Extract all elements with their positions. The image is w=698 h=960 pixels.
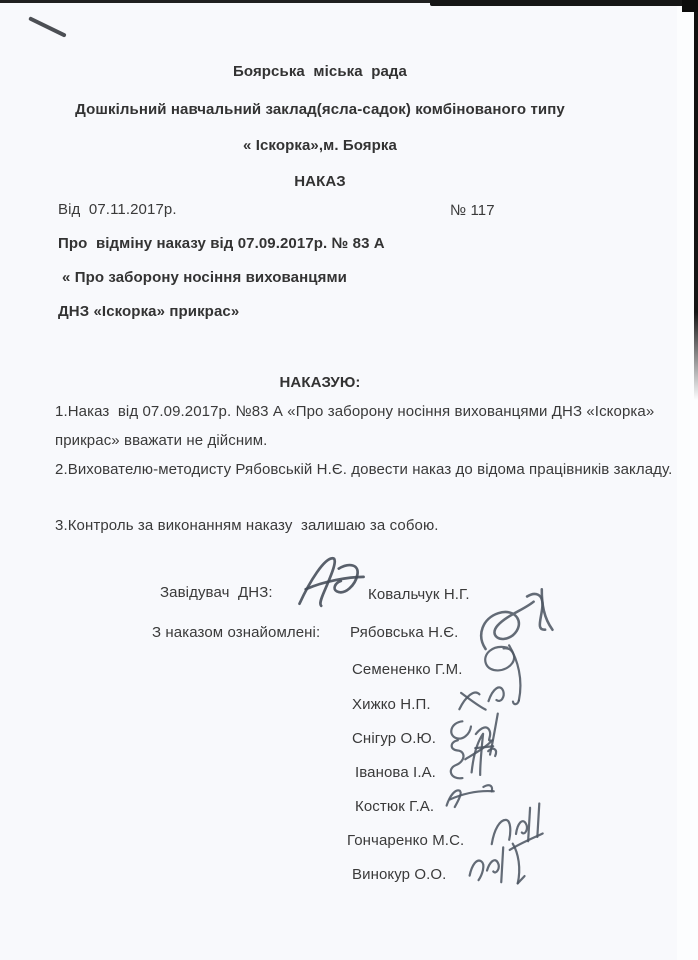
signer-name: Снігур О.Ю. (352, 724, 436, 753)
org-institution-name: « Іскорка»,м. Боярка (0, 131, 640, 160)
signer-name: Семененко Г.М. (352, 655, 463, 684)
head-name: Ковальчук Н.Г. (368, 580, 470, 609)
order-item-1: 1.Наказ від 07.09.2017р. №83 А «Про забо… (55, 397, 673, 455)
scanned-order-document: Боярська міська рада Дошкільний навчальн… (0, 0, 698, 960)
signer-name: Костюк Г.А. (355, 792, 434, 821)
signer-name: Хижко Н.П. (352, 690, 431, 719)
decree-heading: НАКАЗУЮ: (0, 368, 640, 397)
order-date: Від 07.11.2017р. (58, 195, 177, 224)
order-item-2: 2.Вихователю-методисту Рябовській Н.Є. д… (55, 456, 673, 483)
org-council-line: Боярська міська рада (0, 57, 640, 86)
scan-edge-corner (682, 0, 698, 12)
order-item-3: 3.Контроль за виконанням наказу залишаю … (55, 511, 673, 540)
scan-edge-top-right (430, 0, 698, 6)
pen-mark (28, 16, 67, 38)
scan-edge-right (694, 0, 698, 400)
ack-label: З наказом ознайомлені: (152, 618, 320, 647)
signer-name: Винокур О.О. (352, 860, 446, 889)
kovalchuk-signature (288, 550, 373, 612)
document-type-title: НАКАЗ (0, 167, 640, 196)
subject-line-2: « Про заборону носіння вихованцями (62, 263, 347, 292)
signer-name: Іванова І.А. (355, 758, 436, 787)
subject-line-3: ДНЗ «Іскорка» прикрас» (58, 297, 239, 326)
order-number: № 117 (450, 196, 495, 225)
head-position-label: Завідувач ДНЗ: (160, 578, 273, 607)
signer-name: Гончаренко М.С. (347, 826, 464, 855)
org-institution-line: Дошкільний навчальний заклад(ясла-садок)… (0, 95, 640, 124)
vynokur-signature (457, 834, 548, 917)
signer-name: Рябовська Н.Є. (350, 618, 458, 647)
subject-line-1: Про відміну наказу від 07.09.2017р. № 83… (58, 229, 385, 258)
